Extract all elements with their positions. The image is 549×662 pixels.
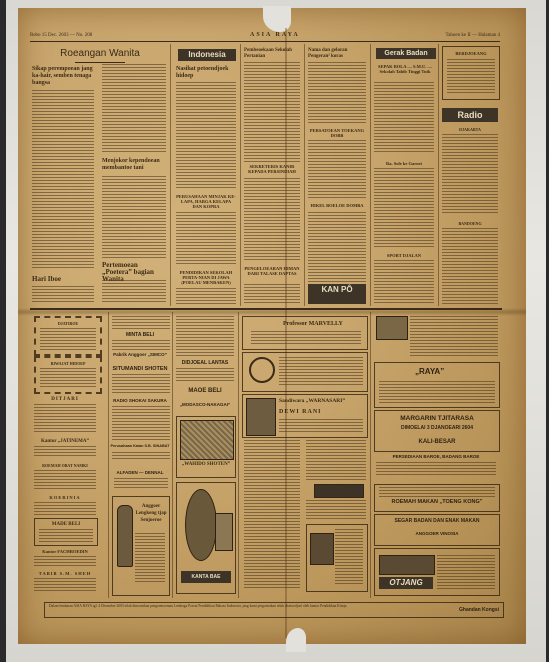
otjang-ad: OTJANG — [374, 548, 500, 596]
dijoeal-lantas-ad: DIDJOEAL LANTAS — [174, 360, 236, 366]
radio-shokai-ad: RADIO SHOKAI SAKURA — [110, 398, 170, 403]
situmandi-ad: SITUMANDI SHOTEN — [110, 366, 170, 372]
headline: PENDIDIKAN SEKOLAH PERTA-NIAN DI JAWA (P… — [176, 270, 236, 285]
toeng-kong-ad: ROEMAH MAKAN „TOENG KONG” — [374, 484, 500, 512]
paper-tear-bottom — [286, 628, 306, 652]
headline: SEPAK BOLA — S.M.U. — Sekolah Tabib Ting… — [376, 64, 434, 74]
ads-column-left: DJATIROE RIWAJAT HIDOEP DITJARI Kantor „… — [30, 312, 109, 598]
maoe-beli-ad: MAOE BELI — [174, 388, 236, 394]
minta-beli-ad: MINTA BELI — [110, 332, 170, 338]
paper-name: ASIA RAYA — [250, 32, 300, 38]
wahido-ad: „WAHIDO SHOTEN” — [176, 416, 236, 478]
roemah-obat-ad-title: ROEMAH OBAT NAMKI — [30, 462, 100, 469]
lyko-ad — [314, 484, 364, 498]
bottle-illustration — [117, 505, 133, 567]
volume-page: Tahoen ke II — Halaman 4 — [446, 33, 501, 38]
masthead: Rebo 15 Dec. 2603 — No. 208 ASIA RAYA Ta… — [30, 32, 500, 42]
kanta-ad: KANTA BAE — [176, 482, 236, 594]
program-ad — [242, 352, 368, 392]
headline: Menjokor kependoean membantoe tani — [102, 158, 166, 172]
marvelly-ad: Professor MARVELLY — [242, 316, 368, 350]
headline: SEKRETERIS KANIR KEPADA PERSINDIAH — [244, 164, 300, 174]
headline: PERSATOEAN TOEKANG DOBB — [308, 128, 366, 138]
simco-ad: Pabrik Anggoer „SIMCO” — [110, 352, 170, 357]
headline: Sikap perempoean jang ka-hair, semben te… — [32, 66, 94, 87]
figure-illustration — [185, 489, 217, 561]
column-3: Pembeoekaan Sekolah Pertanian SEKRETERIS… — [242, 44, 305, 306]
persediaan-ad: PERSEDIAAN BAROE, BADANG BAROE — [372, 454, 500, 459]
anggoer-lengkeng-ad: Anggoer Lengkeng tjap Senjoeroe — [112, 496, 170, 596]
column-sport: Gerak Badan SEPAK BOLA — S.M.U. — Sekola… — [372, 44, 439, 306]
warnasari-ad: Sandiwara „WARNASARI” DEWI RANI — [242, 394, 368, 438]
ads-column-2: MINTA BELI Pabrik Anggoer „SIMCO” SITUMA… — [110, 312, 173, 598]
section-indonesia-banner: Indonesia — [178, 49, 236, 61]
radio-station: DJAKARTA — [442, 126, 498, 133]
ghandan-kongsi: Ghandan Kongsi — [459, 607, 499, 613]
ads-column-center: Professor MARVELLY Sandiwara „WARNASARI”… — [240, 312, 371, 598]
ads-column-3: DIDJOEAL LANTAS MAOE BELI „MODASCO-NAKAG… — [174, 312, 239, 598]
kan-po-ad: KAN PÔ — [308, 284, 366, 304]
couple-illustration — [310, 533, 334, 565]
headline: Nasihat petoendjoek hidoep — [176, 66, 236, 80]
vinosia-ad: SEGAR BADAN DAN ENAK MAKAN ANGGOER VINOS… — [374, 514, 500, 546]
alfaden-ad: ALFADEN — DENNAL — [110, 470, 170, 475]
tabib-ad-title: TABIB S.M. SHEH — [30, 570, 100, 577]
modasco-ad: „MODASCO-NAKAGAI” — [174, 402, 236, 407]
headline: Hari Iboe — [32, 276, 94, 283]
section-radio-banner: Radio — [442, 108, 498, 122]
djatiroe-ad: DJATIROE — [34, 316, 102, 356]
radio-station: BANDOENG — [442, 220, 498, 227]
issue-date: Rebo 15 Dec. 2603 — No. 208 — [30, 33, 92, 38]
berdjoeang-box: BERDJOEANG — [442, 46, 500, 100]
made-beli-ad: MADE BELI — [34, 518, 98, 546]
jatinema-ad-title: Kantor „JATINEMA” — [30, 438, 100, 445]
headline: PENGELOEARAN HIMAN DARI TALASE DAPTAS — [244, 266, 300, 276]
headline: SPORT DJALAN — [374, 252, 434, 259]
raya-ad: „RAYA” — [374, 362, 500, 408]
headline: Nama dan geloran Pengeran² koras — [308, 48, 366, 60]
ad-illustration — [180, 420, 234, 460]
column-indonesia: Indonesia Nasihat petoendjoek hidoep PER… — [174, 44, 241, 306]
column-4: Nama dan geloran Pengeran² koras PERSATO… — [306, 44, 371, 306]
footer-notice: Dalam lembaran ASIA RAYA tgl. 4 Desember… — [44, 602, 504, 618]
portrait-photo — [246, 398, 276, 436]
footer-notice-text: Dalam lembaran ASIA RAYA tgl. 4 Desember… — [49, 604, 429, 616]
ads-column-right: „RAYA” MARGARIN TJITARASA DIMOELAI 3 DJA… — [372, 312, 502, 598]
newspaper-page: Rebo 15 Dec. 2603 — No. 208 ASIA RAYA Ta… — [18, 8, 526, 644]
headline: HIKEL BOELOE DOMBA — [308, 202, 366, 209]
ditjari-ad-title: DITJARI — [30, 396, 100, 403]
cinema-ad — [306, 524, 368, 592]
fachroedin-ad-title: Kantor FACHROEDIN — [30, 548, 100, 555]
product-tin — [215, 513, 233, 551]
section-gerak-badan-banner: Gerak Badan — [376, 48, 436, 59]
ad-illustration — [376, 316, 408, 340]
headline: Ra. Sole ke Garoet — [374, 160, 434, 167]
section-women-title: Roeangan Wanita — [30, 48, 170, 59]
riwajat-ad: RIWAJAT HIDOEP — [34, 356, 102, 394]
column-women: Roeangan Wanita Sikap perempoean jang ka… — [30, 44, 171, 306]
circular-logo-icon — [249, 357, 275, 383]
column-radio: BERDJOEANG Radio DJAKARTA BANDOENG — [440, 44, 502, 306]
headline: Pembeoekaan Sekolah Pertanian — [244, 48, 300, 60]
performers-photo — [379, 555, 435, 575]
koerinia-ad-title: KOERINIA — [30, 494, 100, 501]
sinabat-ad: Perusahaan Kaian S.B. SINABAT — [110, 444, 170, 448]
margarin-ad: MARGARIN TJITARASA DIMOELAI 3 DJANOEARI … — [374, 410, 500, 452]
headline: PERUSAHAAN MINJAK KE-LAPA, HARGA KELAPA … — [176, 194, 236, 209]
